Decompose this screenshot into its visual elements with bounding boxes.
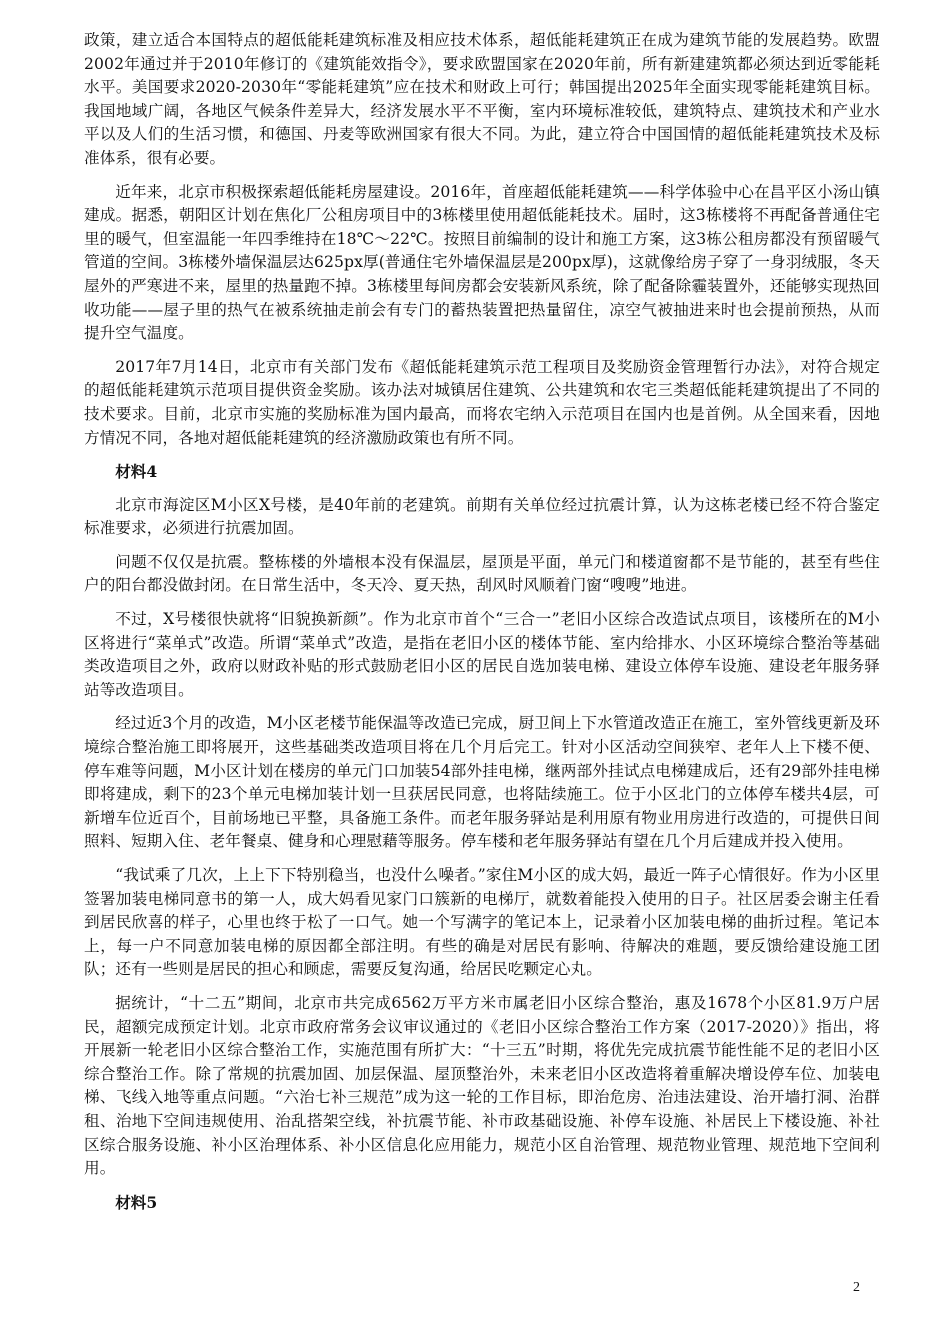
page-number: 2 bbox=[853, 1280, 860, 1296]
document-page: 政策，建立适合本国特点的超低能耗建筑标准及相应技术体系，超低能耗建筑正在成为建筑… bbox=[84, 29, 880, 1224]
paragraph-elevator-story: “我试乘了几次，上上下下特别稳当，也没什么噪者。”家住M小区的成大妈，最近一阵子… bbox=[84, 864, 880, 982]
paragraph-statistics: 据统计，“十二五”期间，北京市共完成6562万平方米市属老旧小区综合整治，惠及1… bbox=[84, 992, 880, 1181]
section-heading-material-4: 材料4 bbox=[84, 460, 880, 484]
paragraph-menu-renovation: 不过，X号楼很快就将“旧貌换新颜”。作为北京市首个“三合一”老旧小区综合改造试点… bbox=[84, 608, 880, 702]
paragraph-renovation-progress: 经过近3个月的改造，M小区老楼节能保温等改造已完成，厨卫间上下水管道改造正在施工… bbox=[84, 712, 880, 854]
paragraph-incentive-policy: 2017年7月14日，北京市有关部门发布《超低能耗建筑示范工程项目及奖励资金管理… bbox=[84, 356, 880, 450]
paragraph-x-building: 北京市海淀区M小区X号楼，是40年前的老建筑。前期有关单位经过抗震计算，认为这栋… bbox=[84, 494, 880, 541]
paragraph-beijing-ultra-low-energy: 近年来，北京市积极探索超低能耗房屋建设。2016年，首座超低能耗建筑——科学体验… bbox=[84, 181, 880, 346]
paragraph-continuation: 政策，建立适合本国特点的超低能耗建筑标准及相应技术体系，超低能耗建筑正在成为建筑… bbox=[84, 29, 880, 171]
paragraph-problems: 问题不仅仅是抗震。整栋楼的外墙根本没有保温层，屋顶是平面，单元门和楼道窗都不是节… bbox=[84, 551, 880, 598]
section-heading-material-5: 材料5 bbox=[84, 1191, 880, 1215]
